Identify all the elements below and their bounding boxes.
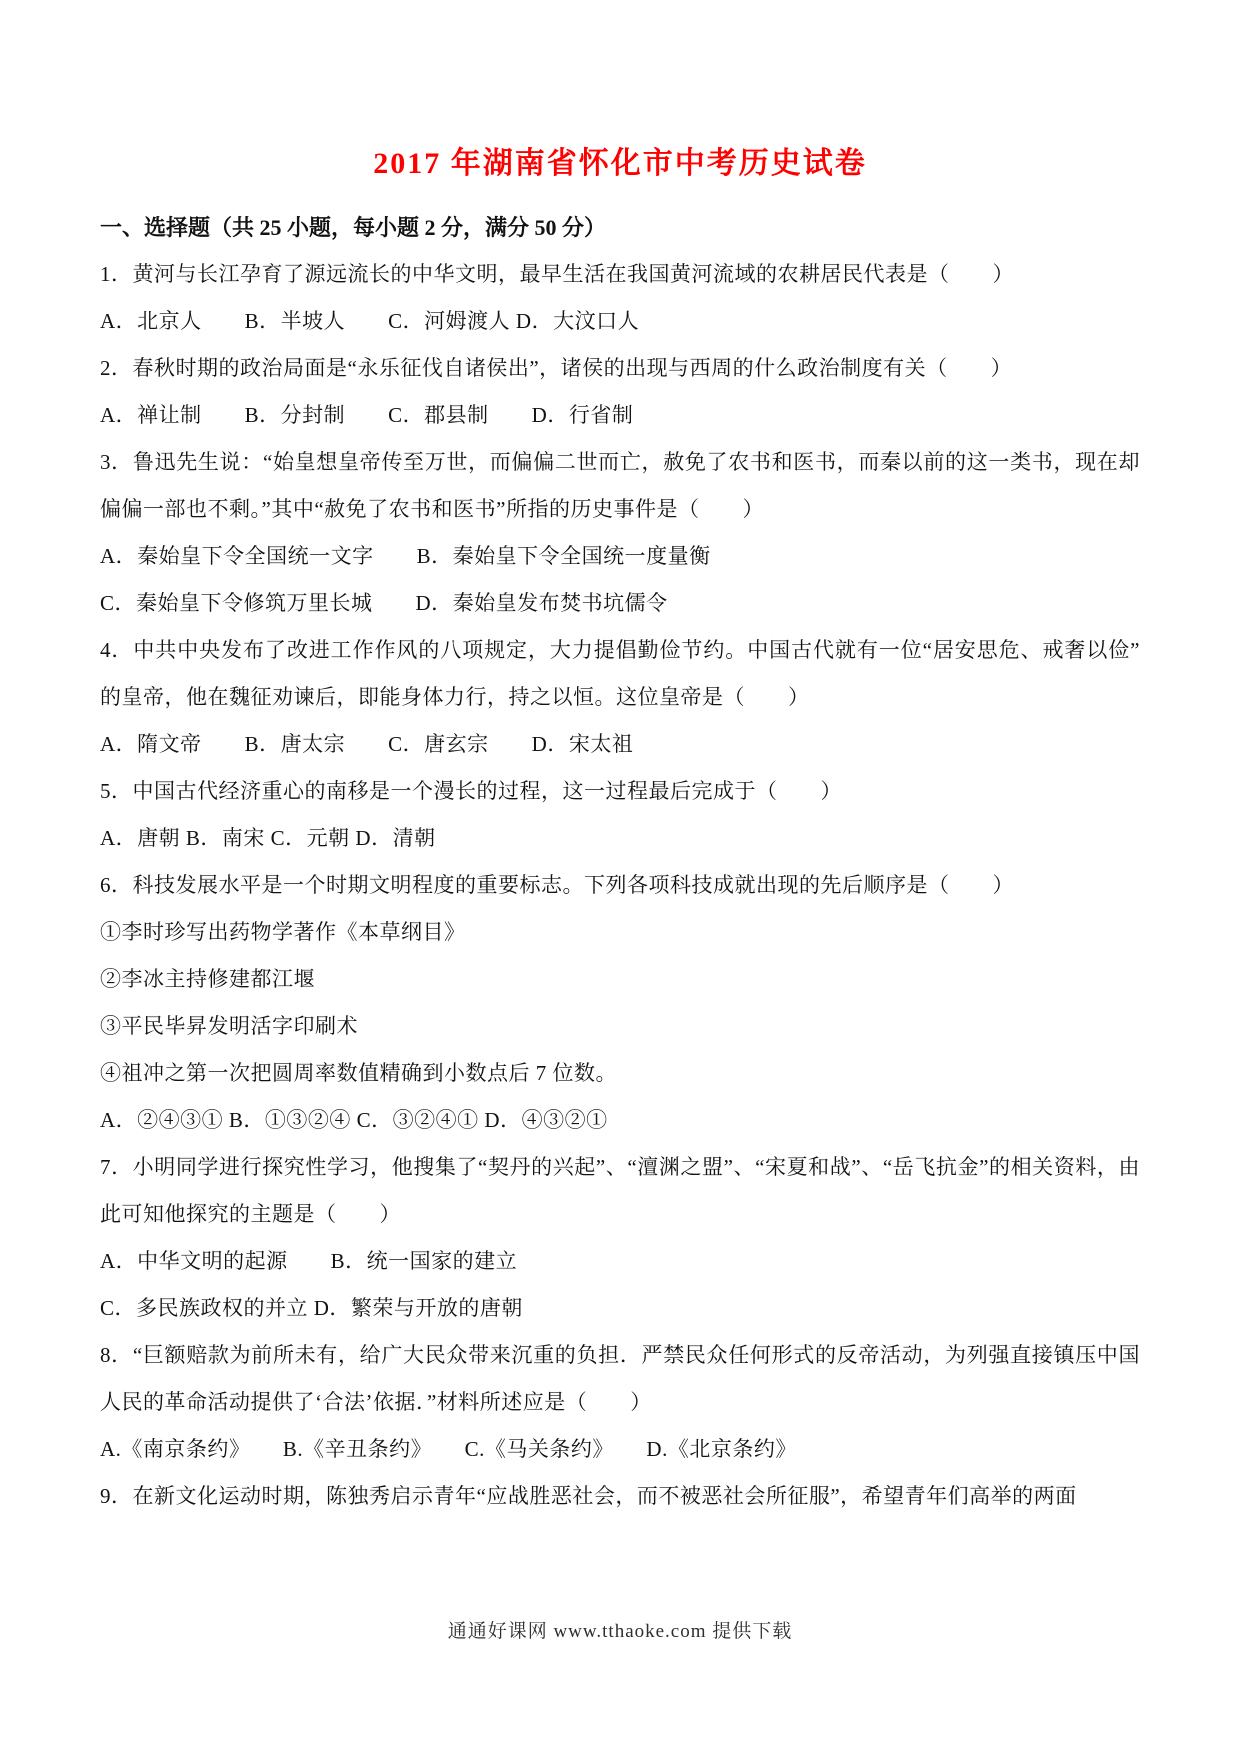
question-1-options: A．北京人 B．半坡人 C．河姆渡人 D．大汶口人 bbox=[100, 298, 1140, 345]
question-6-options: A．②④③① B．①③②④ C．③②④① D．④③②① bbox=[100, 1097, 1140, 1144]
question-9-stem: 9．在新文化运动时期，陈独秀启示青年“应战胜恶社会，而不被恶社会所征服”，希望青… bbox=[100, 1473, 1140, 1520]
page-title: 2017 年湖南省怀化市中考历史试卷 bbox=[100, 142, 1140, 186]
question-4-stem: 4．中共中央发布了改进工作作风的八项规定，大力提倡勤俭节约。中国古代就有一位“居… bbox=[100, 627, 1140, 721]
question-1-stem: 1．黄河与长江孕育了源远流长的中华文明，最早生活在我国黄河流域的农耕居民代表是（… bbox=[100, 251, 1140, 298]
questions-container: 1．黄河与长江孕育了源远流长的中华文明，最早生活在我国黄河流域的农耕居民代表是（… bbox=[100, 251, 1140, 1520]
question-5-options: A．唐朝 B．南宋 C．元朝 D．清朝 bbox=[100, 815, 1140, 862]
question-3-stem: 3．鲁迅先生说：“始皇想皇帝传至万世，而偏偏二世而亡，赦免了农书和医书，而秦以前… bbox=[100, 439, 1140, 533]
question-6-list-item: ①李时珍写出药物学著作《本草纲目》 bbox=[100, 909, 1140, 956]
footer-text: 通通好课网 www.tthaoke.com 提供下载 bbox=[448, 1621, 793, 1642]
question-3-options: A．秦始皇下令全国统一文字 B．秦始皇下令全国统一度量衡 bbox=[100, 533, 1140, 580]
question-2-options: A．禅让制 B．分封制 C．郡县制 D．行省制 bbox=[100, 392, 1140, 439]
section-header: 一、选择题（共 25 小题，每小题 2 分，满分 50 分） bbox=[100, 204, 1140, 251]
question-3-options: C．秦始皇下令修筑万里长城 D．秦始皇发布焚书坑儒令 bbox=[100, 580, 1140, 627]
question-8-stem: 8．“巨额赔款为前所未有，给广大民众带来沉重的负担．严禁民众任何形式的反帝活动，… bbox=[100, 1332, 1140, 1426]
question-7-options: C．多民族政权的并立 D．繁荣与开放的唐朝 bbox=[100, 1285, 1140, 1332]
question-8-options: A.《南京条约》 B.《辛丑条约》 C.《马关条约》 D.《北京条约》 bbox=[100, 1426, 1140, 1473]
page-footer: 通通好课网 www.tthaoke.com 提供下载 bbox=[0, 1616, 1240, 1643]
question-6-list-item: ②李冰主持修建都江堰 bbox=[100, 956, 1140, 1003]
question-4-options: A．隋文帝 B．唐太宗 C．唐玄宗 D．宋太祖 bbox=[100, 721, 1140, 768]
question-6-stem: 6．科技发展水平是一个时期文明程度的重要标志。下列各项科技成就出现的先后顺序是（… bbox=[100, 862, 1140, 909]
question-6-list-item: ④祖冲之第一次把圆周率数值精确到小数点后 7 位数。 bbox=[100, 1050, 1140, 1097]
question-5-stem: 5．中国古代经济重心的南移是一个漫长的过程，这一过程最后完成于（ ） bbox=[100, 768, 1140, 815]
question-7-stem: 7．小明同学进行探究性学习，他搜集了“契丹的兴起”、“澶渊之盟”、“宋夏和战”、… bbox=[100, 1144, 1140, 1238]
question-2-stem: 2．春秋时期的政治局面是“永乐征伐自诸侯出”，诸侯的出现与西周的什么政治制度有关… bbox=[100, 345, 1140, 392]
exam-page: 2017 年湖南省怀化市中考历史试卷 一、选择题（共 25 小题，每小题 2 分… bbox=[0, 0, 1240, 1754]
question-7-options: A．中华文明的起源 B．统一国家的建立 bbox=[100, 1238, 1140, 1285]
question-6-list-item: ③平民毕昇发明活字印刷术 bbox=[100, 1003, 1140, 1050]
